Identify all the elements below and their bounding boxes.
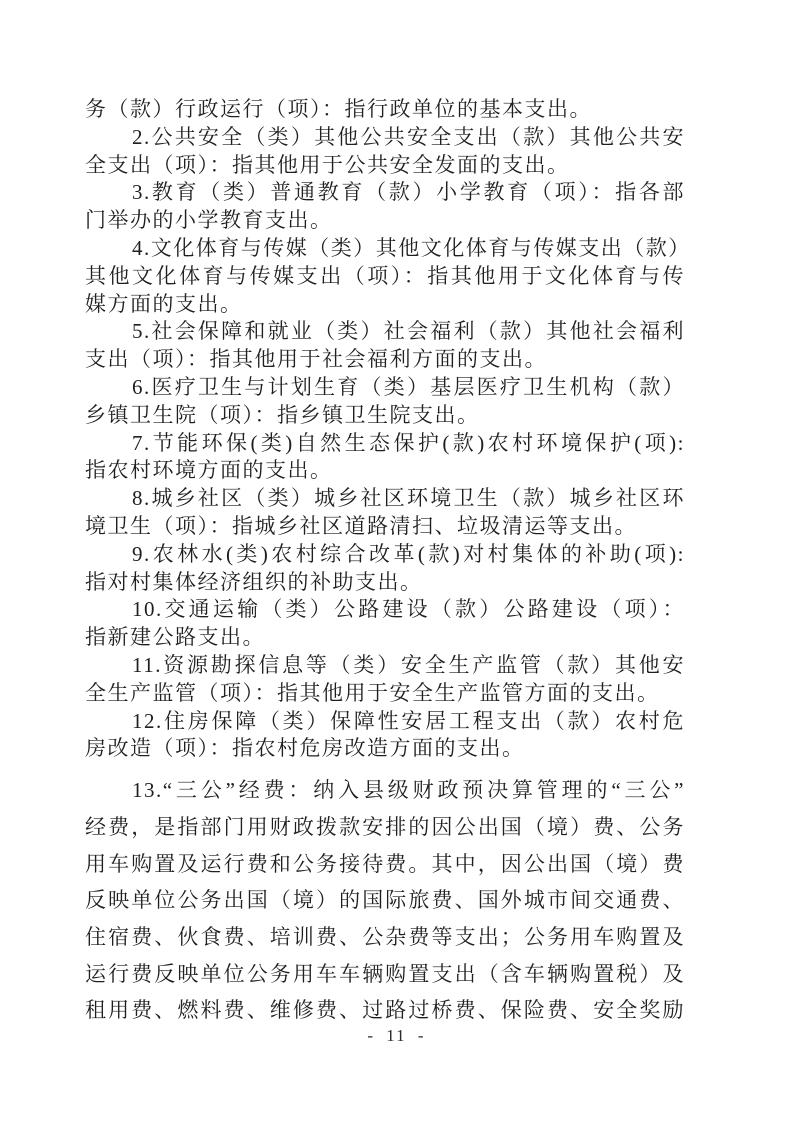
text-line: 反映单位公务出国（境）的国际旅费、国外城市间交通费、 bbox=[85, 882, 685, 919]
sangong-expenses-section: 13.“三公”经费：纳入县级财政预决算管理的“三公” 经费，是指部门用财政拨款安… bbox=[85, 772, 685, 1029]
page-number: - 11 - bbox=[0, 1026, 793, 1046]
text-line: 用车购置及运行费和公务接待费。其中，因公出国（境）费 bbox=[85, 846, 685, 883]
text-line: 房改造（项）：指农村危房改造方面的支出。 bbox=[85, 735, 685, 763]
text-column: 务（款）行政运行（项）：指行政单位的基本支出。 2.公共安全（类）其他公共安全支… bbox=[85, 96, 685, 1029]
text-line: 9.农林水(类)农村综合改革(款)对村集体的补助(项): bbox=[85, 541, 685, 569]
text-line: 乡镇卫生院（项）：指乡镇卫生院支出。 bbox=[85, 402, 685, 430]
text-line: 境卫生（项）：指城乡社区道路清扫、垃圾清运等支出。 bbox=[85, 513, 685, 541]
text-line: 8.城乡社区（类）城乡社区环境卫生（款）城乡社区环 bbox=[85, 485, 685, 513]
document-page: 务（款）行政运行（项）：指行政单位的基本支出。 2.公共安全（类）其他公共安全支… bbox=[0, 0, 793, 1122]
text-line: 住宿费、伙食费、培训费、公杂费等支出；公务用车购置及 bbox=[85, 919, 685, 956]
text-line: 指农村环境方面的支出。 bbox=[85, 457, 685, 485]
budget-items-section: 务（款）行政运行（项）：指行政单位的基本支出。 2.公共安全（类）其他公共安全支… bbox=[85, 96, 685, 763]
text-line: 10.交通运输（类）公路建设（款）公路建设（项）： bbox=[85, 596, 685, 624]
text-line: 支出（项）：指其他用于社会福利方面的支出。 bbox=[85, 346, 685, 374]
text-line: 媒方面的支出。 bbox=[85, 291, 685, 319]
text-line: 指对村集体经济组织的补助支出。 bbox=[85, 569, 685, 597]
text-line: 13.“三公”经费：纳入县级财政预决算管理的“三公” bbox=[85, 772, 685, 809]
text-line: 4.文化体育与传媒（类）其他文化体育与传媒支出（款） bbox=[85, 235, 685, 263]
text-line: 11.资源勘探信息等（类）安全生产监管（款）其他安 bbox=[85, 652, 685, 680]
text-line: 其他文化体育与传媒支出（项）：指其他用于文化体育与传 bbox=[85, 263, 685, 291]
text-line: 2.公共安全（类）其他公共安全支出（款）其他公共安 bbox=[85, 124, 685, 152]
text-line: 全生产监管（项）：指其他用于安全生产监管方面的支出。 bbox=[85, 680, 685, 708]
text-line: 务（款）行政运行（项）：指行政单位的基本支出。 bbox=[85, 96, 685, 124]
text-line: 12.住房保障（类）保障性安居工程支出（款）农村危 bbox=[85, 708, 685, 736]
text-line: 3.教育（类）普通教育（款）小学教育（项）：指各部 bbox=[85, 179, 685, 207]
text-line: 6.医疗卫生与计划生育（类）基层医疗卫生机构（款） bbox=[85, 374, 685, 402]
text-line: 全支出（项）：指其他用于公共安全发面的支出。 bbox=[85, 152, 685, 180]
text-line: 运行费反映单位公务用车车辆购置支出（含车辆购置税）及 bbox=[85, 956, 685, 993]
text-line: 经费，是指部门用财政拨款安排的因公出国（境）费、公务 bbox=[85, 809, 685, 846]
text-line: 5.社会保障和就业（类）社会福利（款）其他社会福利 bbox=[85, 318, 685, 346]
text-line: 门举办的小学教育支出。 bbox=[85, 207, 685, 235]
text-line: 指新建公路支出。 bbox=[85, 624, 685, 652]
text-line: 租用费、燃料费、维修费、过路过桥费、保险费、安全奖励 bbox=[85, 992, 685, 1029]
text-line: 7.节能环保(类)自然生态保护(款)农村环境保护(项): bbox=[85, 430, 685, 458]
